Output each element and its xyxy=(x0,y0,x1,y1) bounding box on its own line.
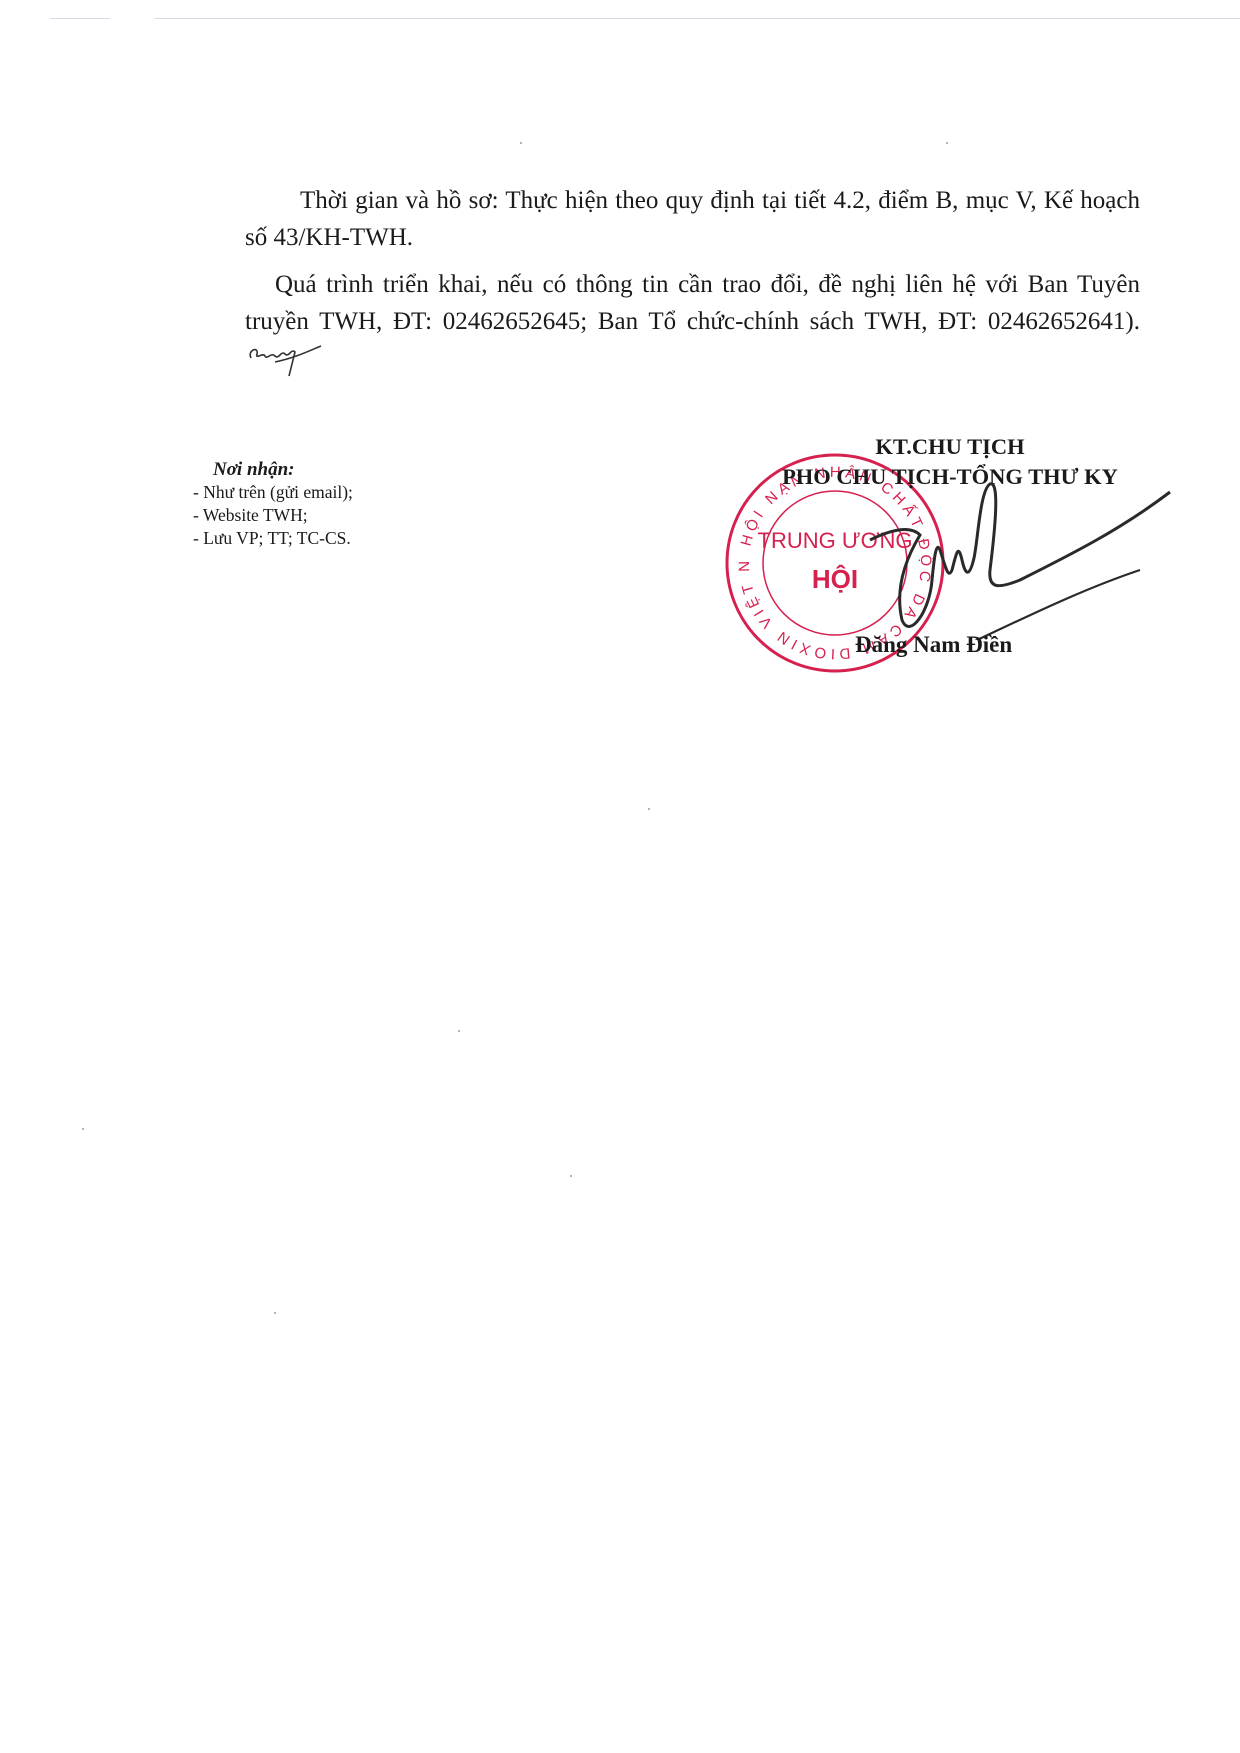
initials-signature-icon xyxy=(245,340,325,380)
recipient-item: - Như trên (gửi email); xyxy=(193,481,353,504)
scan-speck xyxy=(82,1128,84,1130)
scan-artifact-left xyxy=(50,18,110,19)
paragraph-time-and-records: Thời gian và hồ sơ: Thực hiện theo quy đ… xyxy=(245,182,1140,256)
recipient-item: - Website TWH; xyxy=(193,504,353,527)
signer-name: Đăng Nam Điền xyxy=(855,632,1012,658)
recipient-item: - Lưu VP; TT; TC-CS. xyxy=(193,527,353,550)
paragraph-text: Quá trình triển khai, nếu có thông tin c… xyxy=(245,271,1140,335)
scan-speck xyxy=(458,1030,460,1032)
signature-title-line1: KT.CHU TỊCH xyxy=(740,432,1160,462)
handwritten-signature-icon xyxy=(850,470,1180,640)
scan-speck xyxy=(570,1175,572,1177)
paragraph-text: Thời gian và hồ sơ: Thực hiện theo quy đ… xyxy=(245,187,1140,251)
scan-speck xyxy=(648,808,650,810)
scan-artifact-right xyxy=(155,18,1240,19)
recipients-block: Nơi nhận: - Như trên (gửi email); - Webs… xyxy=(193,458,353,550)
scan-speck xyxy=(520,142,522,144)
paragraph-contact-info: Quá trình triển khai, nếu có thông tin c… xyxy=(245,266,1140,380)
scan-speck xyxy=(274,1312,276,1314)
recipients-heading: Nơi nhận: xyxy=(193,458,353,481)
scan-speck xyxy=(946,142,948,144)
